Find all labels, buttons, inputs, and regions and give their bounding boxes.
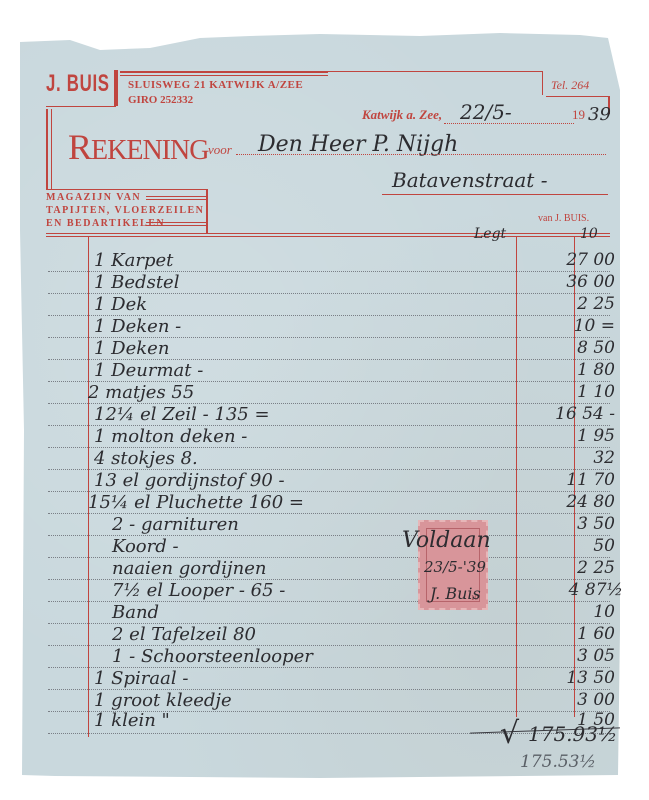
line-amount: 1 80 [577, 360, 615, 380]
header-rule [46, 109, 48, 189]
line-item: 13 el gordijnstof 90 - [94, 470, 285, 491]
year-printed: 19 [572, 107, 585, 123]
line-item: 1 Bedstel [94, 272, 179, 293]
line-item: Koord - [112, 536, 179, 557]
date-line [444, 123, 574, 124]
line-amount: 8 50 [577, 338, 615, 358]
table-top-rule [46, 233, 610, 234]
line-amount: 3 00 [577, 690, 615, 710]
line-item: 1 Karpet [94, 250, 173, 271]
line-item: 1 Deurmat - [94, 360, 203, 381]
line-amount: 1 95 [577, 426, 615, 446]
header-rule [146, 196, 206, 197]
line-item: 1 Spiraal - [94, 668, 188, 689]
col-label-left: Legt [474, 226, 506, 242]
line-item: naaien gordijnen [112, 558, 266, 579]
line-item: 1 Deken [94, 338, 169, 359]
line-amount: 32 [593, 448, 615, 468]
line-amount: 1 60 [577, 624, 615, 644]
line-item: 15¼ el Pluchette 160 = [88, 492, 304, 513]
voor-label: voor [208, 142, 232, 158]
line-amount: 13 50 [566, 668, 615, 688]
line-item: Band [112, 602, 159, 623]
header-rule [146, 225, 206, 226]
header-rule [46, 106, 116, 107]
line-amount: 1 10 [577, 382, 615, 402]
line-amount: 10 = [574, 316, 615, 336]
line-amount: 3 05 [577, 646, 615, 666]
header-rule [51, 109, 52, 189]
margin-line [88, 237, 89, 737]
header-rule [206, 189, 208, 233]
invoice-date: 22/5- [460, 100, 512, 124]
invoice-total: 175.93½ [528, 722, 617, 746]
header-rule [114, 70, 118, 106]
recount-total: 175.53½ [520, 752, 596, 772]
line-item: 2 el Tafelzeil 80 [112, 624, 256, 645]
telephone: Tel. 264 [551, 78, 589, 93]
line-amount: 24 80 [566, 492, 615, 512]
header-rule [120, 71, 328, 73]
col-label-right: 10 [580, 226, 598, 242]
giro-number: GIRO 252332 [128, 94, 193, 106]
street-line [382, 194, 608, 195]
table-top-rule [46, 236, 610, 237]
address: SLUISWEG 21 KATWIJK A/ZEE [128, 79, 303, 91]
line-item: 12¼ el Zeil - 135 = [94, 404, 270, 425]
line-amount: 4 87½ [569, 580, 623, 600]
header-rule [46, 189, 206, 190]
line-item: 1 klein " [94, 710, 170, 731]
header-rule [326, 71, 542, 72]
check-mark: √ [500, 716, 519, 751]
magazine-line-2: TAPIJTEN, VLOERZEILEN [46, 205, 204, 216]
line-amount: 2 25 [577, 294, 615, 314]
ruled-line [48, 733, 610, 734]
van-label: van J. BUIS. [538, 213, 589, 224]
line-item: 1 Dek [94, 294, 147, 315]
line-amount: 2 25 [577, 558, 615, 578]
line-item: 7½ el Looper - 65 - [112, 580, 285, 601]
signature: J. Buis [430, 584, 481, 603]
line-amount: 11 70 [566, 470, 615, 490]
line-item: 1 Deken - [94, 316, 181, 337]
line-amount: 3 50 [577, 514, 615, 534]
place-label: Katwijk a. Zee, [362, 107, 442, 123]
line-item: 1 - Schoorsteenlooper [112, 646, 313, 667]
paid-text: Voldaan [402, 528, 491, 553]
line-amount: 36 00 [566, 272, 615, 292]
header-rule [146, 222, 206, 223]
year-suffix: 39 [588, 104, 611, 125]
line-item: 4 stokjes 8. [94, 448, 198, 469]
magazine-line-3: EN BEDARTIKELEN [46, 218, 165, 229]
magazine-line-1: MAGAZIJN VAN [46, 192, 141, 203]
line-item: 1 groot kleedje [94, 690, 232, 711]
header-rule [120, 75, 328, 76]
line-item: 2 matjes 55 [88, 382, 194, 403]
brand-name: J. BUIS [46, 70, 110, 98]
line-item: 1 molton deken - [94, 426, 247, 447]
line-amount: 27 00 [566, 250, 615, 270]
header-rule [146, 199, 206, 200]
invoice-title: REKENING [68, 126, 208, 168]
recipient-street: Batavenstraat - [392, 168, 547, 192]
header-rule [542, 71, 543, 95]
header-rule [546, 96, 608, 97]
line-amount: 50 [593, 536, 615, 556]
recipient-line [236, 154, 606, 155]
line-item: 2 - garnituren [112, 514, 239, 535]
line-amount: 16 54 - [555, 404, 615, 424]
line-amount: 10 [593, 602, 615, 622]
paid-date: 23/5-'39 [424, 558, 486, 576]
